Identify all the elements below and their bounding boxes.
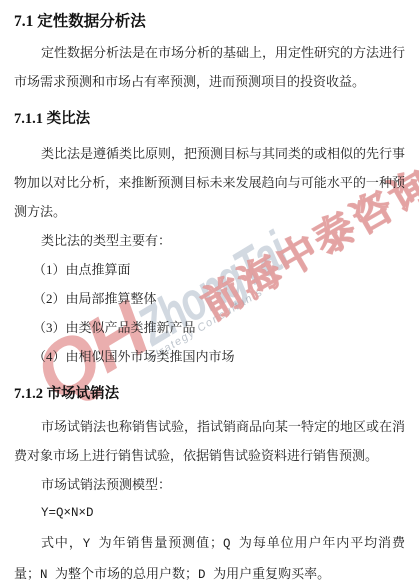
section-heading-7-1-2: 7.1.2 市场试销法 — [14, 385, 405, 404]
formula-explain-part: 式中， — [41, 535, 83, 550]
document-content: 7.1 定性数据分析法 定性数据分析法是在市场分析的基础上，用定性研究的方法进行… — [0, 0, 419, 587]
formula-variable-y: Y — [83, 537, 99, 551]
analogy-method-block: 类比法是遵循类比原则，把预测目标与其同类的或相似的先行事物加以对比分析，来推断预… — [14, 139, 405, 371]
model-intro: 市场试销法预测模型： — [14, 470, 405, 499]
formula-explain-part: 为用户重复购买率。 — [213, 566, 330, 581]
list-item-2: （2）由局部推算整体 — [14, 284, 405, 313]
document-page: QHZhongTai Strategy Consultants 前海中泰咨询 7… — [0, 0, 419, 587]
section-heading-7-1: 7.1 定性数据分析法 — [14, 12, 405, 31]
formula-explain-part: 为整个市场的总用户数； — [55, 566, 198, 581]
section-heading-7-1-1: 7.1.1 类比法 — [14, 110, 405, 129]
paragraph-analogy-method: 类比法是遵循类比原则，把预测目标与其同类的或相似的先行事物加以对比分析，来推断预… — [14, 139, 405, 226]
formula-explanation: 式中，Y 为年销售量预测值；Q 为每单位用户年内平均消费量；N 为整个市场的总用… — [14, 528, 405, 587]
market-test-block: 市场试销法也称销售试验，指试销商品向某一特定的地区或在消费对象市场上进行销售试验… — [14, 412, 405, 587]
list-item-4: （4）由相似国外市场类推国内市场 — [14, 342, 405, 371]
paragraph-qualitative-analysis: 定性数据分析法是在市场分析的基础上，用定性研究的方法进行市场需求预测和市场占有率… — [14, 38, 405, 96]
list-item-3: （3）由类似产品类推新产品 — [14, 313, 405, 342]
formula-variable-n: N — [40, 568, 55, 582]
formula: Y=Q×N×D — [14, 499, 405, 528]
formula-variable-q: Q — [223, 537, 239, 551]
paragraph-market-test: 市场试销法也称销售试验，指试销商品向某一特定的地区或在消费对象市场上进行销售试验… — [14, 412, 405, 470]
formula-variable-d: D — [198, 568, 213, 582]
analogy-types-intro: 类比法的类型主要有： — [14, 226, 405, 255]
formula-explain-part: 为年销售量预测值； — [99, 535, 223, 550]
list-item-1: （1）由点推算面 — [14, 255, 405, 284]
